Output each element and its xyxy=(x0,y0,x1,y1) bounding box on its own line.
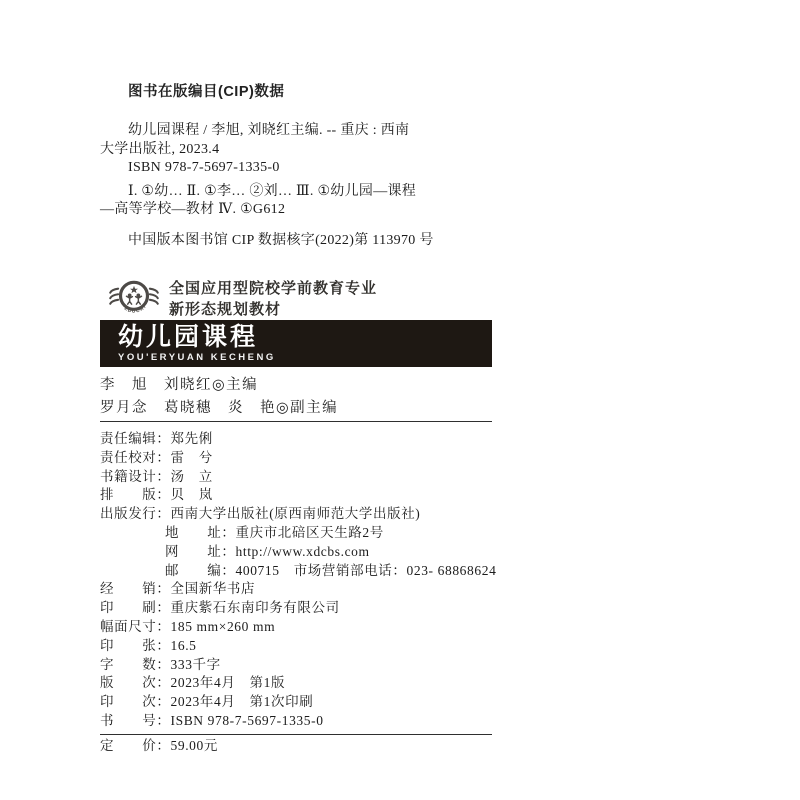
colophon-value: 59.00元 xyxy=(171,738,218,753)
cip-class-line1: Ⅰ. ①幼… Ⅱ. ①李… ②刘… Ⅲ. ①幼儿园—课程 xyxy=(100,183,530,202)
colophon-label: 书籍设计： xyxy=(100,469,171,484)
series-title-line1: 全国应用型院校学前教育专业 xyxy=(169,278,377,299)
copyright-page: 图书在版编目(CIP)数据 幼儿园课程 / 李旭, 刘晓红主编. -- 重庆 :… xyxy=(0,0,800,800)
colophon-row: 排 版：贝 岚 xyxy=(100,486,620,505)
colophon-row: 责任编辑：郑先俐 xyxy=(100,430,620,449)
colophon-value: 2023年4月 第1版 xyxy=(171,675,286,690)
colophon-value: 16.5 xyxy=(171,638,197,653)
colophon-label: 定 价： xyxy=(100,738,171,753)
colophon-label: 排 版： xyxy=(100,487,171,502)
colophon-label: 地 址： xyxy=(165,525,236,540)
colophon-label: 书 号： xyxy=(100,713,171,728)
title-banner: 幼儿园课程 YOU'ERYUAN KECHENG xyxy=(100,320,492,367)
cip-entry-line1: 幼儿园课程 / 李旭, 刘晓红主编. -- 重庆 : 西南 xyxy=(100,122,530,141)
education-emblem-icon: EDUCATION xyxy=(108,276,160,322)
deputy-editors-line: 罗月念 葛晓穗 炎 艳◎副主编 xyxy=(100,397,338,420)
cip-classification: Ⅰ. ①幼… Ⅱ. ①李… ②刘… Ⅲ. ①幼儿园—课程 —高等学校—教材 Ⅳ.… xyxy=(100,183,530,220)
colophon-value: 重庆市北碚区天生路2号 xyxy=(236,525,384,540)
colophon-label: 版 次： xyxy=(100,675,171,690)
colophon-row: 印 张：16.5 xyxy=(100,637,620,656)
divider-price xyxy=(100,734,492,735)
cip-header: 图书在版编目(CIP)数据 xyxy=(100,80,530,101)
series-title: 全国应用型院校学前教育专业 新形态规划教材 xyxy=(169,278,377,320)
series-brand: EDUCATION 全国应用型院校学前教育专业 新形态规划教材 xyxy=(108,276,377,322)
colophon-label: 印 张： xyxy=(100,638,171,653)
colophon-value: 全国新华书店 xyxy=(171,581,256,596)
divider-authors xyxy=(100,421,492,422)
colophon-row: 出版发行：西南大学出版社(原西南师范大学出版社) xyxy=(100,505,620,524)
cip-class-line2: —高等学校—教材 Ⅳ. ①G612 xyxy=(100,201,530,220)
colophon-row: 印 刷：重庆紫石东南印务有限公司 xyxy=(100,599,620,618)
colophon-row: 经 销：全国新华书店 xyxy=(100,580,620,599)
colophon-label: 邮 编： xyxy=(165,563,236,578)
cip-block: 图书在版编目(CIP)数据 幼儿园课程 / 李旭, 刘晓红主编. -- 重庆 :… xyxy=(100,80,530,249)
colophon-row: 印 次：2023年4月 第1次印刷 xyxy=(100,693,620,712)
colophon-label: 字 数： xyxy=(100,657,171,672)
colophon-value: http://www.xdcbs.com xyxy=(236,544,370,559)
colophon-row: 版 次：2023年4月 第1版 xyxy=(100,674,620,693)
colophon-value: 郑先俐 xyxy=(171,431,213,446)
colophon-value: 333千字 xyxy=(171,657,221,672)
colophon-row: 书籍设计：汤 立 xyxy=(100,468,620,487)
colophon-label: 网 址： xyxy=(165,544,236,559)
colophon-value: 400715 市场营销部电话：023- 68868624 xyxy=(236,563,497,578)
colophon-block: 责任编辑：郑先俐责任校对：雷 兮书籍设计：汤 立排 版：贝 岚出版发行：西南大学… xyxy=(100,430,620,756)
colophon-value: 2023年4月 第1次印刷 xyxy=(171,694,314,709)
cip-entry: 幼儿园课程 / 李旭, 刘晓红主编. -- 重庆 : 西南 大学出版社, 202… xyxy=(100,122,530,178)
chief-editors-line: 李 旭 刘晓红◎主编 xyxy=(100,374,338,397)
cip-isbn-line: ISBN 978-7-5697-1335-0 xyxy=(100,159,530,178)
colophon-row: 字 数：333千字 xyxy=(100,656,620,675)
colophon-value: 重庆紫石东南印务有限公司 xyxy=(171,600,340,615)
colophon-value: 西南大学出版社(原西南师范大学出版社) xyxy=(171,506,421,521)
colophon-label: 经 销： xyxy=(100,581,171,596)
colophon-value: 185 mm×260 mm xyxy=(171,619,276,634)
colophon-row: 网 址：http://www.xdcbs.com xyxy=(100,543,620,562)
colophon-label: 印 次： xyxy=(100,694,171,709)
book-title: 幼儿园课程 xyxy=(118,324,492,351)
colophon-row: 书 号：ISBN 978-7-5697-1335-0 xyxy=(100,712,620,731)
cip-record-line: 中国版本图书馆 CIP 数据核字(2022)第 113970 号 xyxy=(100,229,530,249)
series-title-line2: 新形态规划教材 xyxy=(169,299,377,320)
colophon-value: 贝 岚 xyxy=(171,487,213,502)
colophon-row: 邮 编：400715 市场营销部电话：023- 68868624 xyxy=(100,562,620,581)
colophon-label: 幅面尺寸： xyxy=(100,619,171,634)
colophon-row: 责任校对：雷 兮 xyxy=(100,449,620,468)
colophon-label: 印 刷： xyxy=(100,600,171,615)
colophon-label: 责任校对： xyxy=(100,450,171,465)
colophon-row: 地 址：重庆市北碚区天生路2号 xyxy=(100,524,620,543)
colophon-label: 责任编辑： xyxy=(100,431,171,446)
authors-block: 李 旭 刘晓红◎主编 罗月念 葛晓穗 炎 艳◎副主编 xyxy=(100,374,338,420)
colophon-row: 幅面尺寸：185 mm×260 mm xyxy=(100,618,620,637)
cip-entry-line2: 大学出版社, 2023.4 xyxy=(100,141,530,160)
book-title-pinyin: YOU'ERYUAN KECHENG xyxy=(118,352,492,363)
colophon-value: ISBN 978-7-5697-1335-0 xyxy=(171,713,324,728)
colophon-value: 汤 立 xyxy=(171,469,213,484)
colophon-value: 雷 兮 xyxy=(171,450,213,465)
colophon-row: 定 价：59.00元 xyxy=(100,737,620,756)
colophon-label: 出版发行： xyxy=(100,506,171,521)
